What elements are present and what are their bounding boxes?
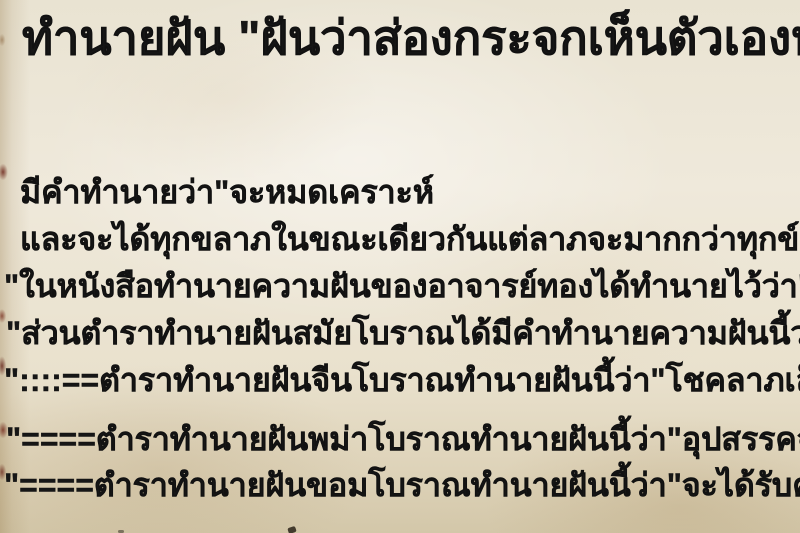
- partial-next-line-mark: [287, 526, 296, 533]
- body-line-4: "ส่วนตำราทำนายฝันสมัยโบราณได้มีคำทำนายคว…: [6, 317, 800, 349]
- body-line-7: "====ตำราทำนายฝันขอมโบราณทำนายฝันนี้ว่า"…: [4, 469, 800, 501]
- body-line-1: มีคำทำนายว่า"จะหมดเคราะห์: [20, 176, 434, 208]
- dream-interpretation-page: ทำนายฝัน "ฝันว่าส่องกระจกเห็นตัวเองหัวล้…: [0, 0, 800, 533]
- body-line-2: และจะได้ทุกขลาภในขณะเดียวกันแต่ลาภจะมากก…: [20, 223, 799, 255]
- body-line-3: "ในหนังสือทำนายความฝันของอาจารย์ทองได้ทำ…: [4, 270, 800, 302]
- body-line-6: "====ตำราทำนายฝันพม่าโบราณทำนายฝันนี้ว่า…: [6, 423, 800, 455]
- page-title: ทำนายฝัน "ฝันว่าส่องกระจกเห็นตัวเองหัวล้: [22, 14, 800, 61]
- body-line-5: "::::==ตำราทำนายฝันจีนโบราณทำนายฝันนี้ว่…: [4, 364, 800, 396]
